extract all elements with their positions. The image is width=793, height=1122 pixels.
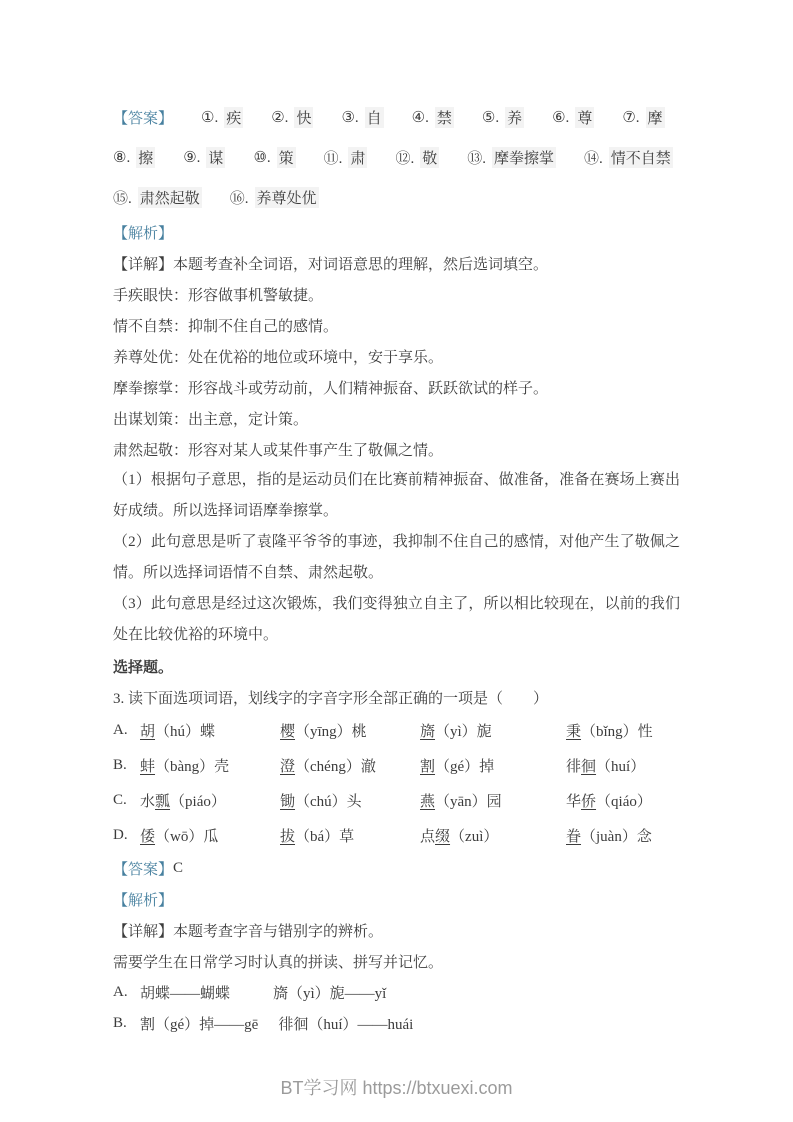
correction-part: 割（gé）掉——gē <box>140 1013 258 1034</box>
answer-number: ①. <box>201 108 218 127</box>
answer-item: ⑩.策 <box>253 147 295 168</box>
underlined-char: 割 <box>420 759 435 775</box>
answer-item: ⑮.肃然起敬 <box>113 187 202 208</box>
option-cell: 倭（wō）瓜 <box>140 825 280 846</box>
answer-value: 疾 <box>224 107 243 128</box>
underlined-char: 瓢 <box>155 794 170 810</box>
answer-number: ⑩. <box>253 148 270 167</box>
document-content: 【答案】 ①.疾 ②.快 ③.自 ④.禁 ⑤.养 ⑥.尊 ⑦.摩 ⑧.擦 ⑨.谋… <box>113 97 680 1039</box>
option-cell: 华侨（qiáo） <box>566 790 680 811</box>
definition-line: 养尊处优：处在优裕的地位或环境中，安于享乐。 <box>113 341 680 372</box>
answer-number: ⑤. <box>482 108 499 127</box>
answer-item: ⑧.擦 <box>113 147 155 168</box>
option-cell: 点缀（zuì） <box>420 825 566 846</box>
explanation-paragraph: （2）此句意思是听了袁隆平爷爷的事迹，我抑制不住自己的感情，对他产生了敬佩之情。… <box>113 527 680 589</box>
option-cell: 旖（yì）旎 <box>420 720 566 741</box>
answer-item: ⑥.尊 <box>552 107 594 128</box>
underlined-char: 拔 <box>280 829 295 845</box>
answer-row-1: 【答案】 ①.疾 ②.快 ③.自 ④.禁 ⑤.养 ⑥.尊 ⑦.摩 <box>113 97 680 137</box>
answer-label: 【答案】 <box>113 107 173 128</box>
underlined-char: 樱 <box>280 724 295 740</box>
answer-value: 肃然起敬 <box>138 187 202 208</box>
underlined-char: 侨 <box>581 794 596 810</box>
answer-value: 快 <box>294 107 313 128</box>
answer-value: 禁 <box>435 107 454 128</box>
option-cell: 燕（yān）园 <box>420 790 566 811</box>
answer-number: ③. <box>341 108 358 127</box>
option-label: B. <box>113 757 140 774</box>
underlined-char: 蚌 <box>140 759 155 775</box>
correction-row-a: A. 胡蝶——蝴蝶 旖（yì）旎——yǐ <box>113 977 680 1008</box>
answer-item: ②.快 <box>271 107 313 128</box>
underlined-char: 缀 <box>435 829 450 845</box>
correction-part: 徘徊（huí）——huái <box>278 1013 413 1034</box>
option-cell: 眷（juàn）念 <box>566 825 680 846</box>
option-cell: 锄（chú）头 <box>280 790 420 811</box>
answer-number: ⑪. <box>324 147 343 168</box>
answer-number: ⑮. <box>113 187 132 208</box>
answer-item: ⑦.摩 <box>622 107 664 128</box>
answer-item: ⑪.肃 <box>324 147 368 168</box>
answer-number: ②. <box>271 108 288 127</box>
underlined-char: 澄 <box>280 759 295 775</box>
answer-line: 【答案】 C <box>113 853 680 884</box>
note-text: 需要学生在日常学习时认真的拼读、拼写并记忆。 <box>113 946 680 977</box>
option-label: D. <box>113 827 140 844</box>
analysis-label: 【解析】 <box>113 884 680 915</box>
answer-number: ⑥. <box>552 108 569 127</box>
correction-part: 旖（yì）旎——yǐ <box>273 982 386 1003</box>
answer-item: ④.禁 <box>412 107 454 128</box>
answer-number: ④. <box>412 108 429 127</box>
option-row-c: C. 水瓢（piáo） 锄（chú）头 燕（yān）园 华侨（qiáo） <box>113 783 680 818</box>
answer-item: ⑤.养 <box>482 107 524 128</box>
answer-number: ⑨. <box>183 148 200 167</box>
answer-number: ⑯. <box>230 187 249 208</box>
answer-item: ⑯.养尊处优 <box>230 187 319 208</box>
answer-number: ⑭. <box>584 147 603 168</box>
answer-value: 养 <box>505 107 524 128</box>
answer-number: ⑬. <box>467 147 486 168</box>
option-cell: 徘徊（huí） <box>566 755 680 776</box>
underlined-char: 锄 <box>280 794 295 810</box>
correction-row-b: B. 割（gé）掉——gē 徘徊（huí）——huái <box>113 1008 680 1039</box>
option-cell: 胡（hú）蝶 <box>140 720 280 741</box>
footer-watermark: BT学习网 https://btxuexi.com <box>0 1074 793 1100</box>
answer-number: ⑧. <box>113 148 130 167</box>
underlined-char: 徊 <box>581 759 596 775</box>
option-row-b: B. 蚌（bàng）壳 澄（chéng）澈 割（gé）掉 徘徊（huí） <box>113 748 680 783</box>
analysis-label: 【解析】 <box>113 217 680 248</box>
document-page: 【答案】 ①.疾 ②.快 ③.自 ④.禁 ⑤.养 ⑥.尊 ⑦.摩 ⑧.擦 ⑨.谋… <box>0 0 793 1122</box>
answer-item: ③.自 <box>341 107 383 128</box>
definition-line: 摩拳擦掌：形容战斗或劳动前，人们精神振奋、跃跃欲试的样子。 <box>113 372 680 403</box>
answer-value: 摩拳擦掌 <box>492 147 556 168</box>
correction-part: 胡蝶——蝴蝶 <box>140 982 253 1003</box>
answer-value: 自 <box>365 107 384 128</box>
option-cell: 割（gé）掉 <box>420 755 566 776</box>
answer-value: 情不自禁 <box>609 147 673 168</box>
underlined-char: 胡 <box>140 724 155 740</box>
definition-line: 肃然起敬：形容对某人或某件事产生了敬佩之情。 <box>113 434 680 465</box>
definition-line: 手疾眼快：形容做事机警敏捷。 <box>113 279 680 310</box>
correction-label: A. <box>113 984 140 1001</box>
underlined-char: 燕 <box>420 794 435 810</box>
answer-label: 【答案】 <box>113 858 173 879</box>
answer-item: ⑭.情不自禁 <box>584 147 673 168</box>
answer-value: 策 <box>277 147 296 168</box>
answer-item: ⑬.摩拳擦掌 <box>467 147 556 168</box>
underlined-char: 倭 <box>140 829 155 845</box>
underlined-char: 秉 <box>566 724 581 740</box>
option-row-d: D. 倭（wō）瓜 拔（bá）草 点缀（zuì） 眷（juàn）念 <box>113 818 680 853</box>
answer-item: ⑫.敬 <box>395 147 439 168</box>
detail-text: 【详解】本题考查字音与错别字的辨析。 <box>113 915 680 946</box>
answer-row-2: ⑧.擦 ⑨.谋 ⑩.策 ⑪.肃 ⑫.敬 ⑬.摩拳擦掌 ⑭.情不自禁 <box>113 137 680 177</box>
answer-value: 擦 <box>136 147 155 168</box>
answer-value: 尊 <box>575 107 594 128</box>
explanation-paragraph: （3）此句意思是经过这次锻炼，我们变得独立自主了，所以相比较现在，以前的我们处在… <box>113 589 680 651</box>
answer-value: 敬 <box>420 147 439 168</box>
option-cell: 蚌（bàng）壳 <box>140 755 280 776</box>
correction-label: B. <box>113 1015 140 1032</box>
answer-number: ⑫. <box>395 147 414 168</box>
detail-text: 【详解】本题考查补全词语，对词语意思的理解，然后选词填空。 <box>113 248 680 279</box>
option-cell: 秉（bǐng）性 <box>566 720 680 741</box>
answer-value: 肃 <box>348 147 367 168</box>
answer-value: 养尊处优 <box>255 187 319 208</box>
option-cell: 拔（bá）草 <box>280 825 420 846</box>
answer-value: 谋 <box>206 147 225 168</box>
answer-item: ①.疾 <box>201 107 243 128</box>
answer-item: ⑨.谋 <box>183 147 225 168</box>
option-cell: 水瓢（piáo） <box>140 790 280 811</box>
answer-row-3: ⑮.肃然起敬 ⑯.养尊处优 <box>113 177 680 217</box>
explanation-paragraph: （1）根据句子意思，指的是运动员们在比赛前精神振奋、做准备，准备在赛场上赛出好成… <box>113 465 680 527</box>
answer-choice: C <box>173 860 183 877</box>
section-header: 选择题。 <box>113 651 680 682</box>
answer-number: ⑦. <box>622 108 639 127</box>
option-cell: 樱（yīng）桃 <box>280 720 420 741</box>
underlined-char: 眷 <box>566 829 581 845</box>
option-label: A. <box>113 722 140 739</box>
definition-line: 出谋划策：出主意，定计策。 <box>113 403 680 434</box>
option-row-a: A. 胡（hú）蝶 樱（yīng）桃 旖（yì）旎 秉（bǐng）性 <box>113 713 680 748</box>
underlined-char: 旖 <box>420 724 435 740</box>
question-stem: 3. 读下面选项词语，划线字的字音字形全部正确的一项是（ ） <box>113 682 680 713</box>
option-label: C. <box>113 792 140 809</box>
option-cell: 澄（chéng）澈 <box>280 755 420 776</box>
definition-line: 情不自禁：抑制不住自己的感情。 <box>113 310 680 341</box>
answer-value: 摩 <box>646 107 665 128</box>
